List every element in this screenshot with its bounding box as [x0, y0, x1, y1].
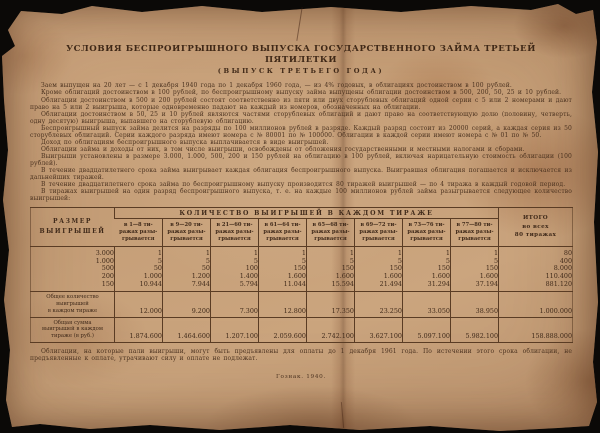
column-header-tirage: в 65—68 ти- ражах разы- грывается	[307, 219, 355, 247]
summary-value-cell: 1.464.600	[163, 317, 211, 343]
winning-count-cell: 1	[211, 247, 259, 258]
aged-paper: УСЛОВИЯ БЕСПРОИГРЫШНОГО ВЫПУСКА ГОСУДАРС…	[0, 0, 600, 433]
winning-count-cell: 7.944	[163, 281, 211, 292]
winning-count-cell: 21.494	[355, 281, 403, 292]
prize-table-body: 3.00011111111801.00055555555400500505010…	[31, 247, 573, 343]
paragraph: Облигации займа и доходы от них, в том ч…	[30, 146, 572, 153]
column-header-tirage: в 77—80 ти- ражах разы- грывается	[451, 219, 499, 247]
paragraph: Доход по облигациям беспроигрышного выпу…	[30, 139, 572, 146]
summary-total-cell: 158.888.000	[499, 317, 573, 343]
conditions-text: Заем выпущен на 20 лет — с 1 декабря 194…	[30, 82, 572, 201]
summary-value-cell: 12.800	[259, 291, 307, 317]
winning-count-cell: 1	[403, 247, 451, 258]
column-header-total: ИТОГО во всех 80 тиражах	[499, 207, 573, 246]
summary-value-cell: 5.982.100	[451, 317, 499, 343]
table-header-row-1: РАЗМЕР ВЫИГРЫШЕЙ КОЛИЧЕСТВО ВЫИГРЫШЕЙ В …	[31, 207, 573, 219]
summary-value-cell: 38.950	[451, 291, 499, 317]
scanned-bond-document: УСЛОВИЯ БЕСПРОИГРЫШНОГО ВЫПУСКА ГОСУДАРС…	[0, 0, 600, 433]
winning-count-cell: 1	[259, 247, 307, 258]
winning-count-cell: 31.294	[403, 281, 451, 292]
winning-count-cell: 5.794	[211, 281, 259, 292]
document-title: УСЛОВИЯ БЕСПРОИГРЫШНОГО ВЫПУСКА ГОСУДАРС…	[36, 44, 566, 65]
summary-row: Общее количество выигрышей в каждом тира…	[31, 291, 573, 317]
summary-value-cell: 12.000	[115, 291, 163, 317]
column-header-tirage: в 73—76 ти- ражах разы- грывается	[403, 219, 451, 247]
paragraph: Заем выпущен на 20 лет — с 1 декабря 194…	[30, 82, 572, 89]
summary-row: Общая сумма выигрышей в каждом тираже (в…	[31, 317, 573, 343]
summary-value-cell: 17.350	[307, 291, 355, 317]
winning-count-cell: 1	[163, 247, 211, 258]
paragraph: Кроме облигаций достоинством в 100 рубле…	[30, 89, 572, 96]
winning-count-cell: 1	[451, 247, 499, 258]
winning-count-cell: 1	[115, 247, 163, 258]
summary-value-cell: 2.742.100	[307, 317, 355, 343]
row-total-cell: 881.120	[499, 281, 573, 292]
summary-value-cell: 7.300	[211, 291, 259, 317]
summary-value-cell: 1.874.600	[115, 317, 163, 343]
redemption-note: Облигации, на которые пали выигрыши, мог…	[30, 348, 572, 362]
summary-total-cell: 1.000.000	[499, 291, 573, 317]
paragraph: В течение двадцатилетнего срока займа по…	[30, 181, 572, 188]
prize-size-cell: 150	[31, 281, 115, 292]
column-header-tirage: в 9—20 ти- ражах разы- грывается	[163, 219, 211, 247]
winning-count-cell: 37.194	[451, 281, 499, 292]
column-header-tirage: в 1—8 ти- ражах разы- грывается	[115, 219, 163, 247]
winning-count-cell: 15.594	[307, 281, 355, 292]
summary-value-cell: 33.050	[403, 291, 451, 317]
printer-imprint: Гознак. 1940.	[30, 374, 572, 380]
paragraph: Облигации, на которые пали выигрыши, мог…	[30, 348, 572, 362]
winning-count-cell: 10.944	[115, 281, 163, 292]
column-header-tirage: в 69—72 ти- ражах разы- грывается	[355, 219, 403, 247]
paragraph: Облигации достоинством в 50, 25 и 10 руб…	[30, 111, 572, 125]
column-header-tirage: в 21—60 ти- ражах разы- грывается	[211, 219, 259, 247]
prize-row: 15010.9447.9445.79411.04415.59421.49431.…	[31, 281, 573, 292]
summary-value-cell: 9.200	[163, 291, 211, 317]
summary-value-cell: 5.097.100	[403, 317, 451, 343]
winning-count-cell: 11.044	[259, 281, 307, 292]
summary-label-cell: Общая сумма выигрышей в каждом тираже (в…	[31, 317, 115, 343]
column-header-tirage: в 61—64 ти- ражах разы- грывается	[259, 219, 307, 247]
winnings-table: РАЗМЕР ВЫИГРЫШЕЙ КОЛИЧЕСТВО ВЫИГРЫШЕЙ В …	[30, 207, 573, 343]
column-header-prize-size: РАЗМЕР ВЫИГРЫШЕЙ	[31, 207, 115, 246]
paragraph: В течение двадцатилетнего срока займа вы…	[30, 167, 572, 181]
paragraph: В тиражах выигрышей на один разряд беспр…	[30, 188, 572, 202]
paragraph: Беспроигрышный выпуск займа делится на р…	[30, 125, 572, 139]
winning-count-cell: 1	[307, 247, 355, 258]
summary-label-cell: Общее количество выигрышей в каждом тира…	[31, 291, 115, 317]
paragraph: Облигации достоинством в 500 и 200 рубле…	[30, 97, 572, 111]
paragraph: Выигрыши установлены в размере 3.000, 1.…	[30, 153, 572, 167]
summary-value-cell: 23.250	[355, 291, 403, 317]
document-subtitle: (ВЫПУСК ТРЕТЬЕГО ГОДА)	[30, 67, 572, 75]
summary-value-cell: 3.627.100	[355, 317, 403, 343]
summary-value-cell: 2.059.600	[259, 317, 307, 343]
winning-count-cell: 1	[355, 247, 403, 258]
column-group-header: КОЛИЧЕСТВО ВЫИГРЫШЕЙ В КАЖДОМ ТИРАЖЕ	[115, 207, 499, 219]
summary-value-cell: 1.207.100	[211, 317, 259, 343]
